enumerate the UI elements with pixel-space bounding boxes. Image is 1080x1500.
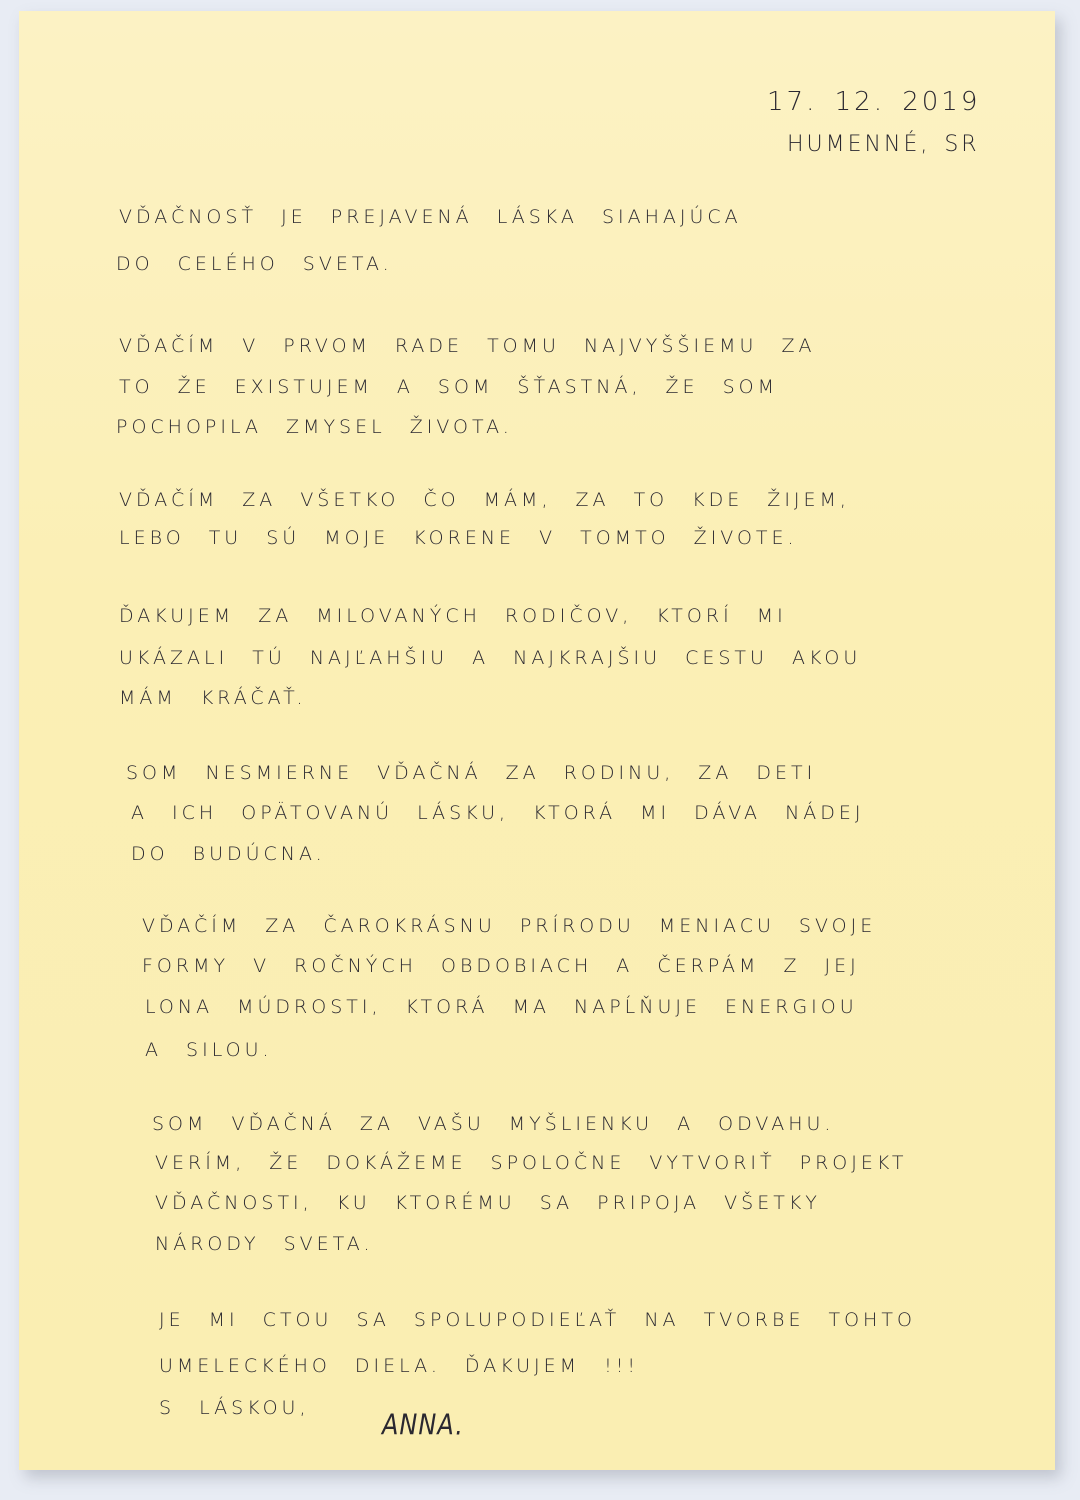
letter-line: umeleckého diela. Ďakujem !!!	[159, 1357, 639, 1376]
letter-line: pochopila zmysel života.	[116, 418, 513, 437]
letter-line: ukázali tú najľahšiu a najkrajšiu cestu …	[119, 649, 861, 668]
letter-line: a ich opätovanú lásku, ktorá mi dáva nád…	[131, 804, 865, 823]
letter-paper: 17. 12. 2019 Humenné, SR Vďačnosť je pre…	[19, 11, 1055, 1470]
letter-place: Humenné, SR	[787, 134, 980, 156]
letter-line: lona múdrosti, ktorá ma napĺňuje energio…	[145, 998, 858, 1017]
letter-line: Je mi ctou sa spolupodieľať na tvorbe to…	[159, 1311, 916, 1330]
letter-line: Vďačím za všetko čo mám, za to kde žijem…	[119, 491, 850, 510]
letter-line: Vďačnosť je prejavená láska siahajúca	[119, 208, 742, 227]
letter-line: Vďačím v prvom rade tomu najvyššiemu za	[119, 337, 815, 356]
letter-date: 17. 12. 2019	[767, 89, 980, 115]
letter-line: národy sveta.	[155, 1235, 374, 1254]
letter-line: lebo tu sú moje korene v tomto živote.	[119, 529, 798, 548]
letter-closing: S láskou,	[159, 1399, 310, 1418]
letter-line: mám kráčať.	[119, 689, 307, 708]
letter-line: Som nesmierne vďačná za rodinu, za deti	[126, 764, 816, 783]
letter-line: vďačnosti, ku ktorému sa pripoja všetky	[155, 1194, 821, 1213]
letter-line: Ďakujem za milovaných rodičov, ktorí mi	[119, 607, 787, 626]
letter-line: do celého sveta.	[116, 255, 393, 274]
letter-line: formy v ročných obdobiach a čerpám z jej	[142, 957, 860, 976]
letter-line: to že existujem a som šťastná, že som	[119, 378, 778, 397]
letter-line: a silou.	[145, 1041, 273, 1060]
letter-line: Verím, že dokážeme spoločne vytvoriť pro…	[155, 1154, 907, 1173]
letter-line: Vďačím za čarokrásnu prírodu meniacu svo…	[142, 917, 876, 936]
letter-line: do budúcna.	[131, 845, 326, 864]
letter-line: Som vďačná za vašu myšlienku a odvahu.	[152, 1115, 834, 1134]
letter-signature: Anna.	[382, 1411, 464, 1440]
